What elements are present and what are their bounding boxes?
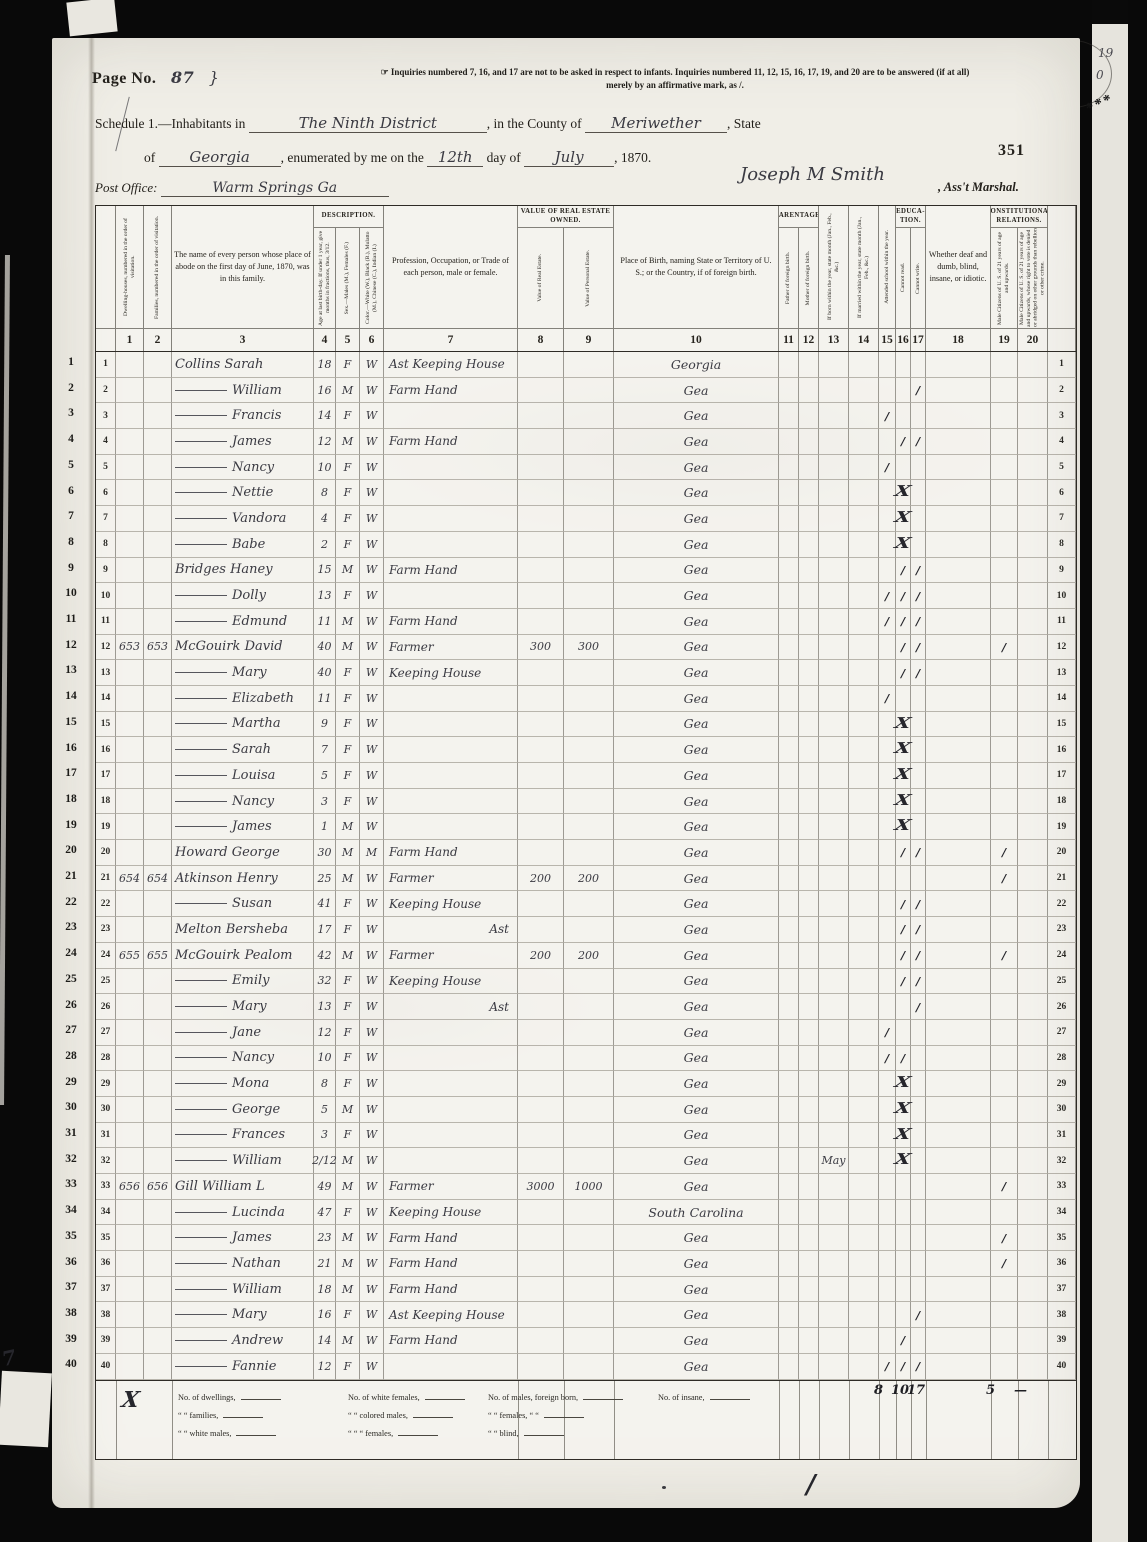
sex-cell: F: [336, 1123, 360, 1149]
color-cell: W: [360, 1046, 384, 1072]
father-foreign-cell: [779, 403, 799, 429]
birth-month-cell: [819, 558, 849, 584]
personal-estate-value-cell: [564, 686, 614, 712]
birthplace-cell: South Carolina: [614, 1200, 779, 1226]
county-label: , in the County of: [487, 116, 582, 131]
ditto-dash: [175, 698, 227, 699]
father-foreign-cell: [779, 532, 799, 558]
ditto-dash: [175, 1134, 227, 1135]
color-cell: W: [360, 686, 384, 712]
sex-cell: F: [336, 789, 360, 815]
family-number-cell: [144, 429, 172, 455]
line-number-left: 26: [96, 994, 116, 1020]
line-number-right: 23: [1048, 917, 1076, 943]
male-citizen-cell: /: [991, 866, 1018, 892]
group-header-parentage: Parentage.: [779, 206, 819, 228]
age-cell: 14: [314, 403, 336, 429]
marriage-month-cell: [849, 1148, 879, 1174]
marriage-month-cell: [849, 1302, 879, 1328]
name-cell: McGouirk David: [172, 635, 314, 661]
male-citizen-cell: [991, 1277, 1018, 1303]
group-header-description: Description.: [314, 206, 384, 228]
father-foreign-cell: [779, 789, 799, 815]
margin-line-number: 3: [58, 407, 84, 419]
cannot-read-cell: [896, 403, 911, 429]
sex-cell: F: [336, 917, 360, 943]
vote-denied-cell: [1018, 1071, 1048, 1097]
age-cell: 16: [314, 1302, 336, 1328]
line-number-right: 25: [1048, 969, 1076, 995]
male-citizen-cell: [991, 712, 1018, 738]
father-foreign-cell: [779, 506, 799, 532]
cannot-write-cell: /: [911, 635, 926, 661]
cannot-read-cell: /: [896, 1328, 911, 1354]
col-number-12: 12: [799, 329, 819, 351]
line-number-left: 1: [96, 352, 116, 378]
birthplace-cell: Gea: [614, 917, 779, 943]
family-number-cell: [144, 1097, 172, 1123]
cannot-write-cell: /: [911, 994, 926, 1020]
vote-denied-cell: [1018, 943, 1048, 969]
occupation-cell: Farm Hand: [384, 1251, 518, 1277]
given-name: William L: [198, 1179, 265, 1194]
sex-cell: M: [336, 943, 360, 969]
col-number-20: 20: [1018, 329, 1048, 351]
col-number-19: 19: [991, 329, 1018, 351]
occupation-cell: Ast Keeping House: [384, 352, 518, 378]
male-citizen-cell: /: [991, 635, 1018, 661]
cannot-write-cell: [911, 1148, 926, 1174]
name-cell: Vandora: [172, 506, 314, 532]
dwelling-number-cell: 656: [116, 1174, 144, 1200]
vote-denied-cell: [1018, 789, 1048, 815]
col-number-4: 4: [314, 329, 336, 351]
marriage-month-cell: [849, 1097, 879, 1123]
footer-summary-line: “ “ females, “ “: [488, 1407, 623, 1425]
marriage-month-cell: [849, 455, 879, 481]
birthplace-cell: Gea: [614, 1123, 779, 1149]
sex-cell: F: [336, 660, 360, 686]
dwelling-number-cell: [116, 686, 144, 712]
birthplace-cell: Gea: [614, 943, 779, 969]
age-cell: 10: [314, 1046, 336, 1072]
name-cell: Francis: [172, 403, 314, 429]
footer-column-rule: [926, 1381, 927, 1459]
cannot-write-cell: [911, 1020, 926, 1046]
occupation-cell: Keeping House: [384, 891, 518, 917]
cannot-write-cell: [911, 737, 926, 763]
occupation-cell: [384, 1046, 518, 1072]
margin-line-number: 25: [58, 973, 84, 985]
attended-school-cell: /: [879, 1046, 896, 1072]
footer-column-rule: [172, 1381, 173, 1459]
cannot-write-cell: [911, 455, 926, 481]
col-number-17: 17: [911, 329, 926, 351]
col-number-blank: [96, 329, 116, 351]
birthplace-cell: Gea: [614, 506, 779, 532]
given-name: James: [232, 819, 272, 834]
dwelling-number-cell: [116, 506, 144, 532]
color-cell: W: [360, 1251, 384, 1277]
marriage-month-cell: [849, 506, 879, 532]
vote-denied-cell: [1018, 891, 1048, 917]
real-estate-value-cell: [518, 840, 564, 866]
father-foreign-cell: [779, 1148, 799, 1174]
margin-line-number: 23: [58, 921, 84, 933]
attended-school-cell: [879, 1225, 896, 1251]
mother-foreign-cell: [799, 1225, 819, 1251]
birthplace-cell: Georgia: [614, 352, 779, 378]
col-header-10: Place of Birth, naming State or Territor…: [614, 206, 779, 329]
family-number-cell: [144, 352, 172, 378]
col-header-18: Whether deaf and dumb, blind, insane, or…: [926, 206, 991, 329]
real-estate-value-cell: [518, 917, 564, 943]
dwelling-number-cell: [116, 1097, 144, 1123]
disability-cell: [926, 660, 991, 686]
ditto-dash: [175, 1083, 227, 1084]
occupation-cell: [384, 1097, 518, 1123]
father-foreign-cell: [779, 943, 799, 969]
cannot-write-cell: [911, 1225, 926, 1251]
ditto-dash: [175, 441, 227, 442]
cross-mark: X: [893, 765, 913, 783]
surname: Gill: [175, 1179, 198, 1194]
sex-cell: F: [336, 403, 360, 429]
male-citizen-cell: [991, 429, 1018, 455]
occupation-cell: [384, 712, 518, 738]
father-foreign-cell: [779, 891, 799, 917]
name-cell: James: [172, 429, 314, 455]
sex-cell: M: [336, 1174, 360, 1200]
disability-cell: [926, 352, 991, 378]
line-number-right: 39: [1048, 1328, 1076, 1354]
cross-mark: X: [893, 1073, 913, 1091]
line-number-left: 40: [96, 1354, 116, 1380]
birthplace-cell: Gea: [614, 403, 779, 429]
cannot-write-cell: /: [911, 378, 926, 404]
cannot-read-cell: /: [896, 660, 911, 686]
disability-cell: [926, 917, 991, 943]
sex-cell: F: [336, 686, 360, 712]
disability-cell: [926, 506, 991, 532]
disability-cell: [926, 737, 991, 763]
instructions-line2: merely by an affirmative mark, as /.: [280, 79, 1070, 92]
dwelling-number-cell: [116, 1071, 144, 1097]
real-estate-value-cell: [518, 1071, 564, 1097]
dwelling-number-cell: [116, 1200, 144, 1226]
instructions-line1: ☞ Inquiries numbered 7, 16, and 17 are n…: [280, 66, 1070, 79]
name-cell: Emily: [172, 969, 314, 995]
given-name: Sarah: [220, 357, 263, 372]
cannot-read-cell: X: [896, 814, 911, 840]
birth-month-cell: [819, 1302, 849, 1328]
dwelling-number-cell: [116, 814, 144, 840]
given-name: William: [232, 383, 282, 398]
mother-foreign-cell: [799, 506, 819, 532]
line-number-right: 1: [1048, 352, 1076, 378]
sex-cell: F: [336, 1354, 360, 1380]
family-number-cell: [144, 1302, 172, 1328]
name-cell: McGouirk Pealom: [172, 943, 314, 969]
line-number-right: 38: [1048, 1302, 1076, 1328]
margin-line-number: 17: [58, 767, 84, 779]
ditto-dash: [175, 518, 227, 519]
given-name: James: [232, 434, 272, 449]
margin-line-number: 12: [58, 639, 84, 651]
family-number-cell: [144, 609, 172, 635]
vote-denied-cell: [1018, 712, 1048, 738]
line-number-left: 2: [96, 378, 116, 404]
birth-month-cell: [819, 1020, 849, 1046]
given-name: James: [232, 1230, 272, 1245]
occupation-cell: Keeping House: [384, 660, 518, 686]
attended-school-cell: [879, 1174, 896, 1200]
attended-school-cell: [879, 969, 896, 995]
vote-denied-cell: [1018, 403, 1048, 429]
margin-line-number: 7: [58, 510, 84, 522]
col-number-15: 15: [879, 329, 896, 351]
marriage-month-cell: [849, 789, 879, 815]
sex-cell: M: [336, 558, 360, 584]
given-name: William: [232, 1282, 282, 1297]
col-number-14: 14: [849, 329, 879, 351]
blank-line: [236, 1426, 276, 1436]
schedule-line-2: of Georgia, enumerated by me on the 12th…: [144, 148, 651, 167]
father-foreign-cell: [779, 1328, 799, 1354]
line-number-right: 7: [1048, 506, 1076, 532]
col-header-12: Mother of foreign birth.: [799, 228, 819, 329]
mother-foreign-cell: [799, 969, 819, 995]
birth-month-cell: [819, 609, 849, 635]
real-estate-value-cell: 200: [518, 866, 564, 892]
attended-school-cell: /: [879, 403, 896, 429]
age-cell: 5: [314, 763, 336, 789]
disability-cell: [926, 635, 991, 661]
line-number-left: 27: [96, 1020, 116, 1046]
male-citizen-cell: [991, 686, 1018, 712]
margin-pen-mark: 7: [0, 1345, 18, 1371]
margin-line-number: 16: [58, 742, 84, 754]
father-foreign-cell: [779, 969, 799, 995]
footer-check-mark: X: [120, 1387, 142, 1413]
occupation-cell: [384, 1148, 518, 1174]
cannot-read-cell: [896, 352, 911, 378]
ditto-dash: [175, 1237, 227, 1238]
line-number-right: 20: [1048, 840, 1076, 866]
footer-column-rule: [849, 1381, 850, 1459]
real-estate-value-cell: [518, 1302, 564, 1328]
male-citizen-cell: [991, 969, 1018, 995]
age-cell: 11: [314, 609, 336, 635]
father-foreign-cell: [779, 352, 799, 378]
color-cell: W: [360, 969, 384, 995]
census-table: Dwelling-houses, numbered in the order o…: [95, 205, 1077, 1460]
sex-cell: M: [336, 1225, 360, 1251]
line-number-left: 25: [96, 969, 116, 995]
marriage-month-cell: [849, 763, 879, 789]
birth-month-cell: [819, 943, 849, 969]
given-name: Frances: [232, 1127, 285, 1142]
father-foreign-cell: [779, 480, 799, 506]
age-cell: 7: [314, 737, 336, 763]
line-number-left: 4: [96, 429, 116, 455]
occupation-cell: [384, 506, 518, 532]
mother-foreign-cell: [799, 866, 819, 892]
marriage-month-cell: [849, 1046, 879, 1072]
col-header-1: Dwelling-houses, numbered in the order o…: [116, 206, 144, 329]
birthplace-cell: Gea: [614, 1277, 779, 1303]
col-number-18: 18: [926, 329, 991, 351]
disability-cell: [926, 1071, 991, 1097]
real-estate-value-cell: [518, 532, 564, 558]
footer-tally-c15: 8: [874, 1383, 883, 1398]
mother-foreign-cell: [799, 1148, 819, 1174]
sex-cell: F: [336, 480, 360, 506]
line-number-right: 4: [1048, 429, 1076, 455]
margin-line-number: 19: [58, 819, 84, 831]
cannot-read-cell: [896, 994, 911, 1020]
sheet-stamp-number: 351: [998, 142, 1025, 160]
real-estate-value-cell: [518, 1097, 564, 1123]
personal-estate-value-cell: [564, 737, 614, 763]
cross-mark: X: [893, 714, 913, 732]
given-name: Mona: [232, 1076, 269, 1091]
father-foreign-cell: [779, 660, 799, 686]
name-cell: Mary: [172, 994, 314, 1020]
birthplace-cell: Gea: [614, 635, 779, 661]
mother-foreign-cell: [799, 429, 819, 455]
vote-denied-cell: [1018, 1200, 1048, 1226]
name-cell: George: [172, 1097, 314, 1123]
cannot-read-cell: /: [896, 1046, 911, 1072]
line-number-right: 29: [1048, 1071, 1076, 1097]
ditto-dash: [175, 544, 227, 545]
personal-estate-value-cell: [564, 1200, 614, 1226]
male-citizen-cell: [991, 763, 1018, 789]
margin-line-number: 6: [58, 485, 84, 497]
birth-month-cell: [819, 866, 849, 892]
cannot-write-cell: [911, 1328, 926, 1354]
cannot-read-cell: X: [896, 712, 911, 738]
birthplace-cell: Gea: [614, 609, 779, 635]
attended-school-cell: [879, 994, 896, 1020]
vote-denied-cell: [1018, 737, 1048, 763]
margin-line-number: 1: [58, 356, 84, 368]
marriage-month-cell: [849, 1020, 879, 1046]
personal-estate-value-cell: [564, 378, 614, 404]
age-cell: 21: [314, 1251, 336, 1277]
ditto-dash: [175, 826, 227, 827]
disability-cell: [926, 1277, 991, 1303]
cross-mark: X: [893, 482, 913, 500]
dwelling-number-cell: [116, 917, 144, 943]
line-number-left: 10: [96, 583, 116, 609]
family-number-cell: [144, 378, 172, 404]
color-cell: W: [360, 660, 384, 686]
birth-month-cell: [819, 660, 849, 686]
line-number-left: 30: [96, 1097, 116, 1123]
occupation-cell: [384, 455, 518, 481]
color-cell: W: [360, 814, 384, 840]
attended-school-cell: /: [879, 1020, 896, 1046]
family-number-cell: [144, 1046, 172, 1072]
color-cell: W: [360, 583, 384, 609]
given-name: Susan: [232, 896, 272, 911]
footer-summary-line: “ “ colored males,: [348, 1407, 465, 1425]
disability-cell: [926, 1251, 991, 1277]
age-cell: 13: [314, 994, 336, 1020]
cannot-read-cell: /: [896, 891, 911, 917]
marriage-month-cell: [849, 1251, 879, 1277]
disability-cell: [926, 994, 991, 1020]
male-citizen-cell: [991, 558, 1018, 584]
cannot-write-cell: /: [911, 429, 926, 455]
personal-estate-value-cell: [564, 1251, 614, 1277]
stamp-digit: 0: [1096, 68, 1104, 82]
line-number-right: 40: [1048, 1354, 1076, 1380]
sex-cell: F: [336, 1046, 360, 1072]
male-citizen-cell: [991, 1200, 1018, 1226]
real-estate-value-cell: [518, 506, 564, 532]
surname: Collins: [175, 357, 220, 372]
male-citizen-cell: /: [991, 840, 1018, 866]
birthplace-cell: Gea: [614, 737, 779, 763]
col-header-17: Cannot write.: [911, 228, 926, 329]
dwelling-number-cell: [116, 891, 144, 917]
male-citizen-cell: [991, 609, 1018, 635]
dwelling-number-cell: 655: [116, 943, 144, 969]
line-number-right: 30: [1048, 1097, 1076, 1123]
marriage-month-cell: [849, 1328, 879, 1354]
footer-block-insane: No. of insane,: [658, 1389, 750, 1407]
cannot-write-cell: /: [911, 943, 926, 969]
father-foreign-cell: [779, 455, 799, 481]
mother-foreign-cell: [799, 1097, 819, 1123]
father-foreign-cell: [779, 686, 799, 712]
vote-denied-cell: [1018, 1354, 1048, 1380]
group-header-real-estate: Value of Real Estate Owned.: [518, 206, 614, 228]
color-cell: W: [360, 1097, 384, 1123]
personal-estate-value-cell: [564, 660, 614, 686]
male-citizen-cell: [991, 1123, 1018, 1149]
mother-foreign-cell: [799, 1174, 819, 1200]
birthplace-cell: Gea: [614, 455, 779, 481]
given-name: Dolly: [232, 588, 266, 603]
marriage-month-cell: [849, 891, 879, 917]
cannot-write-cell: [911, 814, 926, 840]
real-estate-value-cell: [518, 789, 564, 815]
cross-mark: X: [893, 1099, 913, 1117]
father-foreign-cell: [779, 583, 799, 609]
name-cell: Frances: [172, 1123, 314, 1149]
margin-line-number: 31: [58, 1127, 84, 1139]
given-name: Mary: [232, 1307, 267, 1322]
dwelling-number-cell: [116, 789, 144, 815]
marshal-signature: Joseph M Smith: [740, 164, 885, 185]
color-cell: W: [360, 532, 384, 558]
mother-foreign-cell: [799, 1020, 819, 1046]
family-number-cell: [144, 1225, 172, 1251]
real-estate-value-cell: [518, 1251, 564, 1277]
col-header-8: Value of Real Estate.: [518, 228, 564, 329]
color-cell: W: [360, 1123, 384, 1149]
family-number-cell: [144, 506, 172, 532]
vote-denied-cell: [1018, 660, 1048, 686]
sex-cell: F: [336, 891, 360, 917]
mother-foreign-cell: [799, 712, 819, 738]
table-body: 1Collins Sarah18FWAst Keeping HouseGeorg…: [96, 352, 1076, 1380]
line-number-left: 3: [96, 403, 116, 429]
